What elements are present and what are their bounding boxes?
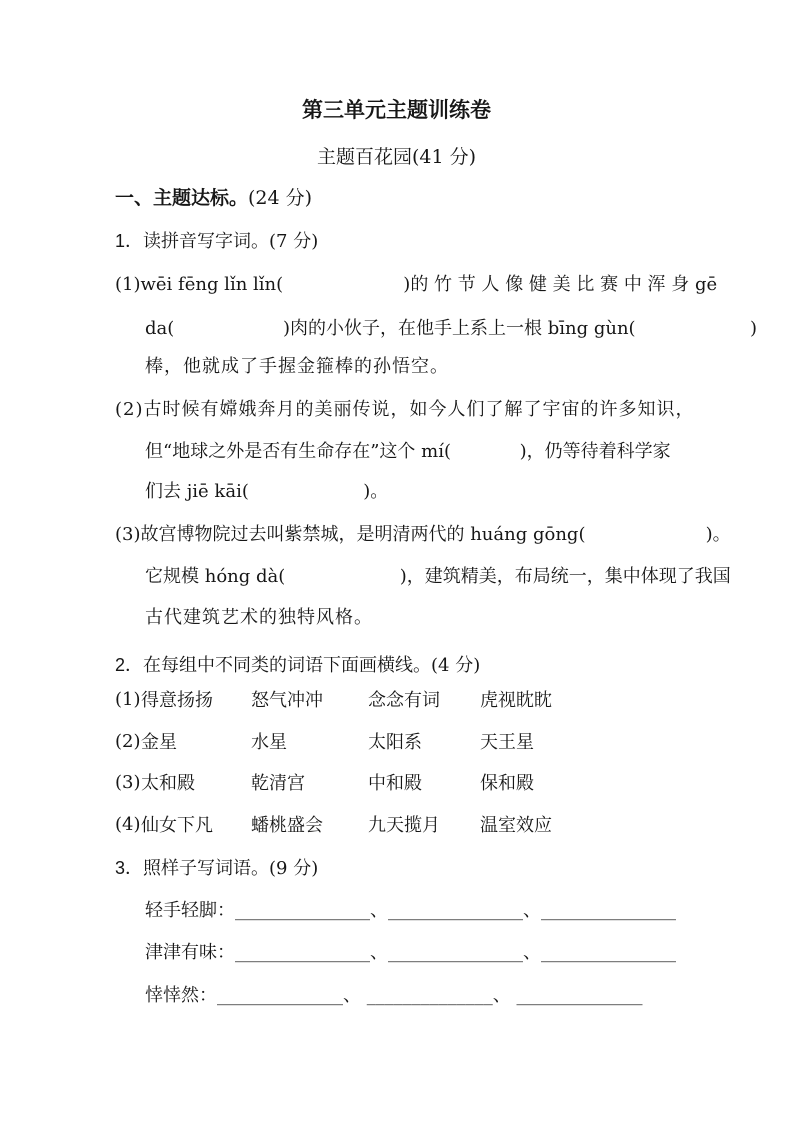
blank-line: _______________、_______________、________… (235, 942, 676, 963)
word-cell: 仙女下凡 (141, 813, 213, 837)
word-cell: 虎视眈眈 (480, 688, 552, 712)
q1-heading-label: 读拼音写字词。 (143, 231, 269, 251)
word-cell: 念念有词 (368, 688, 440, 712)
section-heading-score: (24 分) (248, 187, 312, 209)
section-heading: 一、主题达标。(24 分) (115, 186, 312, 211)
q3-row-1-label: 轻手轻脚： (145, 900, 235, 920)
q3-heading-label: 照样子写词语。 (143, 858, 269, 878)
word-cell: 蟠桃盛会 (251, 813, 323, 837)
q1-heading: 1．读拼音写字词。(7 分) (115, 229, 318, 254)
q3-heading: 3．照样子写词语。(9 分) (115, 856, 318, 881)
word-cell: 天王星 (480, 730, 534, 754)
q1-item2-line3: 们去 jiē kāi( )。 (145, 480, 388, 504)
word-cell: 乾清宫 (251, 771, 305, 795)
word-cell: 温室效应 (480, 813, 552, 837)
q3-row-2-label: 津津有味： (145, 942, 235, 962)
q3-row-3: 悻悻然：______________、 ______________、 ____… (145, 983, 642, 1008)
q1-item1-line1: (1)wēi fēng lǐn lǐn( )的 竹 节 人 像 健 美 比 赛 … (115, 273, 717, 297)
word-cell: 得意扬扬 (141, 688, 213, 712)
q1-heading-score: (7 分) (269, 231, 318, 252)
section-heading-label: 一、主题达标。 (115, 188, 248, 209)
word-cell: 中和殿 (368, 771, 422, 795)
q1-number: 1． (115, 231, 143, 251)
q3-heading-score: (9 分) (269, 858, 318, 879)
q2-row-1-marker: (1) (115, 688, 141, 712)
q1-item3-line3: 古代建筑艺术的独特风格。 (145, 606, 373, 630)
q1-item3-line2: 它规模 hóng dà( )，建筑精美，布局统一，集中体现了我国 (145, 565, 731, 589)
blank-line: ______________、 ______________、 ________… (217, 985, 642, 1006)
q2-heading-label: 在每组中不同类的词语下面画横线。 (143, 655, 431, 675)
q3-row-1: 轻手轻脚：_______________、_______________、___… (145, 898, 676, 923)
q1-item2-line2: 但“地球之外是否有生命存在”这个 mí( )，仍等待着科学家 (145, 440, 671, 464)
q3-number: 3． (115, 858, 143, 878)
q2-number: 2． (115, 655, 143, 675)
q1-item1-line3: 棒，他就成了手握金箍棒的孙悟空。 (145, 355, 449, 379)
q1-item1-line2: da( )肉的小伙子，在他手上系上一根 bīng gùn( ) (145, 317, 757, 341)
q2-heading: 2．在每组中不同类的词语下面画横线。(4 分) (115, 653, 480, 678)
word-cell: 水星 (251, 730, 287, 754)
q2-heading-score: (4 分) (431, 655, 480, 676)
paper-subtitle: 主题百花园(41 分) (0, 145, 793, 169)
word-cell: 太阳系 (368, 730, 422, 754)
word-cell: 保和殿 (480, 771, 534, 795)
test-paper-page: 第三单元主题训练卷 主题百花园(41 分) 一、主题达标。(24 分) 1．读拼… (0, 0, 793, 1122)
word-cell: 金星 (141, 730, 177, 754)
q2-row-3-marker: (3) (115, 771, 141, 795)
q3-row-2: 津津有味：_______________、_______________、___… (145, 940, 676, 965)
word-cell: 太和殿 (141, 771, 195, 795)
word-cell: 怒气冲冲 (251, 688, 323, 712)
q3-row-3-label: 悻悻然： (145, 985, 217, 1005)
q1-item3-line1: (3)故宫博物院过去叫紫禁城，是明清两代的 huáng gōng( )。 (115, 523, 731, 547)
paper-title: 第三单元主题训练卷 (0, 99, 793, 123)
word-cell: 九天揽月 (368, 813, 440, 837)
q2-row-2-marker: (2) (115, 730, 141, 754)
blank-line: _______________、_______________、________… (235, 900, 676, 921)
q1-item2-line1: (2)古时候有嫦娥奔月的美丽传说，如今人们了解了宇宙的许多知识， (115, 398, 695, 422)
q2-row-4-marker: (4) (115, 813, 141, 837)
